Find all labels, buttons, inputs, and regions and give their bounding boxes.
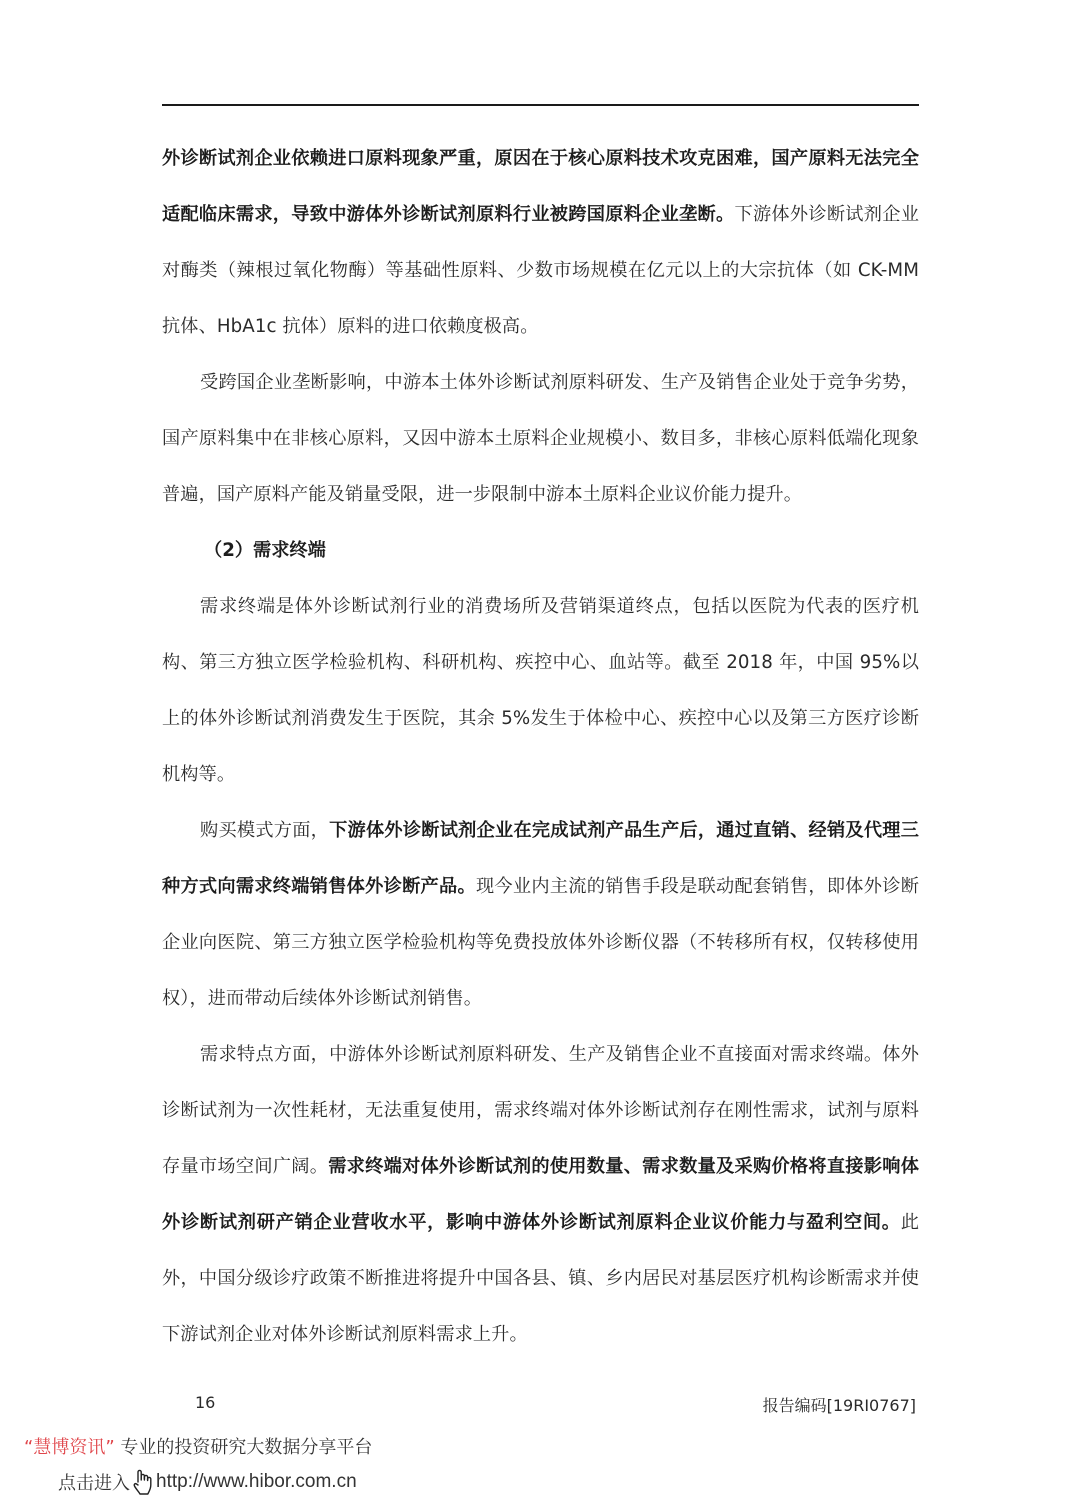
regular-text: 需求终端是体外诊断试剂行业的消费场所及营销渠道终点，包括以医院为代表的医疗机构、… <box>162 596 919 785</box>
hibor-website-link[interactable]: http://www.hibor.com.cn <box>156 1471 357 1493</box>
open-quote: “ <box>24 1437 33 1458</box>
click-to-enter-label: 点击进入 <box>58 1469 130 1495</box>
regular-text: 受跨国企业垄断影响，中游本土体外诊断试剂原料研发、生产及销售企业处于竞争劣势，国… <box>162 372 919 505</box>
pointing-hand-icon <box>132 1468 154 1496</box>
paragraph-import-dependence: 外诊断试剂企业依赖进口原料现象严重，原因在于核心原料技术攻克困难，国产原料无法完… <box>162 131 919 355</box>
brand-name: 慧博资讯 <box>33 1437 105 1458</box>
paragraph-demand-characteristics: 需求特点方面，中游体外诊断试剂原料研发、生产及销售企业不直接面对需求终端。体外诊… <box>162 1027 919 1363</box>
section-heading-demand-terminal: （2）需求终端 <box>162 523 919 579</box>
report-code: 报告编码[19RI0767] <box>763 1393 916 1416</box>
regular-text: 购买模式方面， <box>200 820 329 841</box>
promo-link-row[interactable]: 点击进入 http://www.hibor.com.cn <box>58 1468 357 1496</box>
paragraph-purchase-mode: 购买模式方面，下游体外诊断试剂企业在完成试剂产品生产后，通过直销、经销及代理三种… <box>162 803 919 1027</box>
page-number: 16 <box>195 1393 215 1412</box>
header-divider <box>162 104 919 106</box>
promo-tagline: 专业的投资研究大数据分享平台 <box>115 1437 373 1458</box>
close-quote: ” <box>105 1437 114 1458</box>
promo-banner: “慧博资讯” 专业的投资研究大数据分享平台 <box>24 1433 372 1459</box>
paragraph-demand-terminal: 需求终端是体外诊断试剂行业的消费场所及营销渠道终点，包括以医院为代表的医疗机构、… <box>162 579 919 803</box>
paragraph-monopoly-impact: 受跨国企业垄断影响，中游本土体外诊断试剂原料研发、生产及销售企业处于竞争劣势，国… <box>162 355 919 523</box>
body-content: 外诊断试剂企业依赖进口原料现象严重，原因在于核心原料技术攻克困难，国产原料无法完… <box>162 131 919 1363</box>
